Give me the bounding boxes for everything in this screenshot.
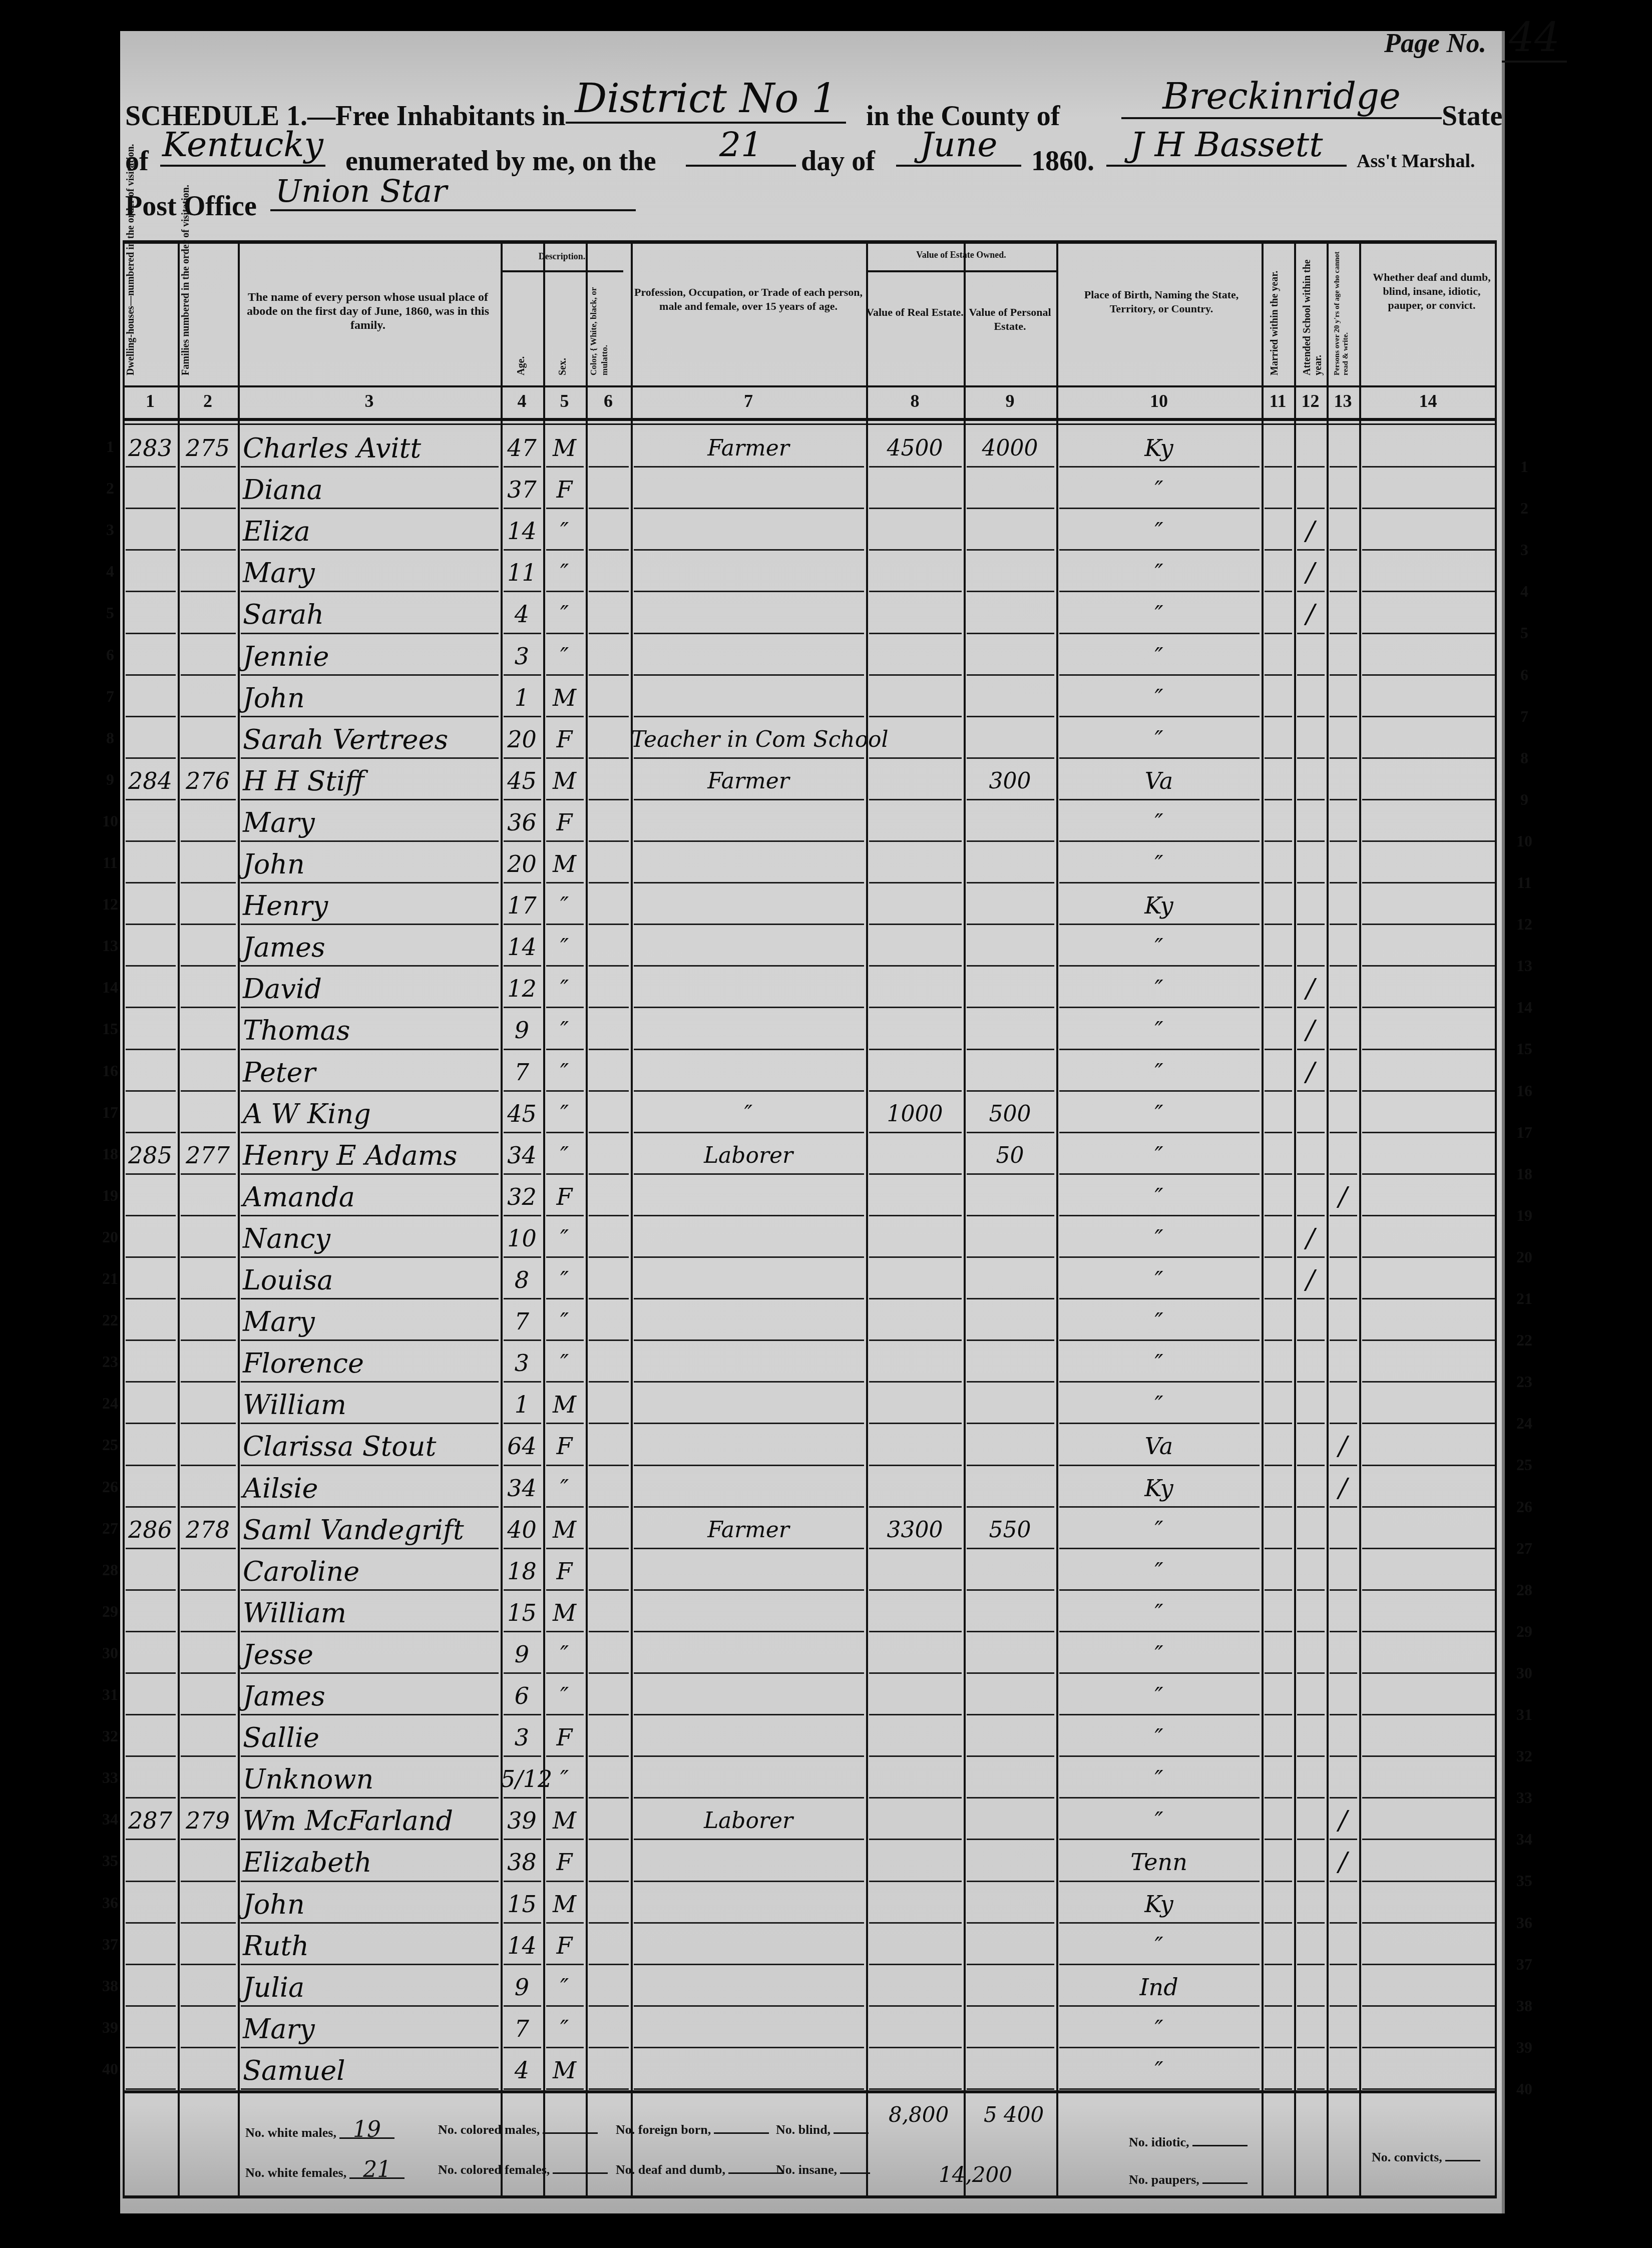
right-margin-number: 14 bbox=[1509, 998, 1539, 1017]
row-rule bbox=[126, 1797, 176, 1799]
right-margin-number: 18 bbox=[1509, 1165, 1539, 1183]
row-rule bbox=[967, 1755, 1054, 1757]
age: 10 bbox=[501, 1221, 543, 1256]
row-rule bbox=[1297, 840, 1325, 842]
column-number-rule-2 bbox=[123, 423, 1497, 425]
row-rule bbox=[181, 924, 236, 925]
age: 5/12 bbox=[501, 1761, 543, 1797]
attended-school-mark: / bbox=[1294, 514, 1327, 549]
birthplace: ″ bbox=[1056, 555, 1262, 591]
row-rule bbox=[589, 799, 629, 800]
right-margin-number: 5 bbox=[1509, 624, 1539, 642]
person-name: Mary bbox=[243, 805, 503, 840]
row-rule bbox=[504, 508, 541, 509]
row-rule bbox=[126, 1256, 176, 1258]
right-margin-number: 1 bbox=[1509, 458, 1539, 476]
row-rule bbox=[1265, 1215, 1292, 1216]
row-rule bbox=[504, 1672, 541, 1674]
sex: ″ bbox=[543, 1970, 586, 2005]
age: 20 bbox=[501, 722, 543, 757]
row-rule bbox=[967, 1298, 1054, 1299]
age: 12 bbox=[501, 971, 543, 1007]
row-rule bbox=[241, 633, 499, 634]
row-rule bbox=[1362, 1465, 1495, 1466]
row-rule bbox=[241, 716, 499, 717]
age: 7 bbox=[501, 2011, 543, 2047]
row-rule bbox=[1059, 924, 1260, 925]
row-rule bbox=[181, 1881, 236, 1882]
right-margin-number: 15 bbox=[1509, 1040, 1539, 1058]
row-rule bbox=[181, 1423, 236, 1424]
row-rule bbox=[126, 1672, 176, 1674]
row-rule bbox=[1059, 1173, 1260, 1175]
row-rule bbox=[869, 1007, 962, 1008]
row-rule bbox=[241, 1631, 499, 1632]
row-rule bbox=[1297, 924, 1325, 925]
row-rule bbox=[241, 924, 499, 925]
row-rule bbox=[1330, 1423, 1357, 1424]
row-rule bbox=[967, 2047, 1054, 2048]
row-rule bbox=[126, 1506, 176, 1508]
row-rule bbox=[1362, 2047, 1495, 2048]
row-rule bbox=[1330, 965, 1357, 967]
col-num-14: 14 bbox=[1359, 390, 1497, 411]
person-name: A W King bbox=[243, 1096, 503, 1132]
row-rule bbox=[1265, 1173, 1292, 1175]
row-rule bbox=[634, 1007, 864, 1008]
sex: F bbox=[543, 1928, 586, 1964]
row-rule bbox=[1330, 1007, 1357, 1008]
right-margin-number: 33 bbox=[1509, 1788, 1539, 1807]
row-rule bbox=[1362, 799, 1495, 800]
row-rule bbox=[1330, 508, 1357, 509]
row-rule bbox=[869, 757, 962, 759]
row-rule bbox=[967, 466, 1054, 468]
right-margin-number: 16 bbox=[1509, 1082, 1539, 1100]
row-rule bbox=[634, 924, 864, 925]
marshal-signature: J H Bassett bbox=[1106, 125, 1347, 167]
row-rule bbox=[504, 549, 541, 551]
birthplace: ″ bbox=[1056, 514, 1262, 549]
cannot-read-write-mark: / bbox=[1327, 1803, 1359, 1839]
dwelling-number: 287 bbox=[123, 1803, 178, 1839]
column-divider bbox=[501, 240, 503, 2197]
row-rule bbox=[589, 466, 629, 468]
age: 3 bbox=[501, 1345, 543, 1381]
row-rule bbox=[869, 591, 962, 592]
row-rule bbox=[634, 757, 864, 759]
row-rule bbox=[126, 1007, 176, 1008]
row-rule bbox=[1362, 1922, 1495, 1924]
row-rule bbox=[546, 508, 584, 509]
row-rule bbox=[589, 1964, 629, 1965]
row-rule bbox=[589, 1797, 629, 1799]
row-rule bbox=[634, 1215, 864, 1216]
right-margin-number: 4 bbox=[1509, 582, 1539, 601]
row-rule bbox=[546, 965, 584, 967]
person-name: Mary bbox=[243, 555, 503, 591]
row-rule bbox=[241, 840, 499, 842]
row-rule bbox=[241, 2047, 499, 2048]
age: 15 bbox=[501, 1887, 543, 1922]
row-rule bbox=[1059, 1672, 1260, 1674]
column-divider bbox=[543, 240, 545, 2197]
row-rule bbox=[967, 1631, 1054, 1632]
row-rule bbox=[967, 549, 1054, 551]
person-name: Ruth bbox=[243, 1928, 503, 1964]
row-rule bbox=[546, 591, 584, 592]
column-divider bbox=[964, 240, 966, 2197]
row-rule bbox=[869, 466, 962, 468]
row-rule bbox=[589, 1506, 629, 1508]
row-rule bbox=[967, 1839, 1054, 1840]
row-rule bbox=[1297, 1964, 1325, 1965]
table-bottom-rule bbox=[123, 2195, 1497, 2198]
row-rule bbox=[546, 1506, 584, 1508]
row-rule bbox=[1059, 2005, 1260, 2007]
row-rule bbox=[1297, 1465, 1325, 1466]
person-name: Saml Vandegrift bbox=[243, 1512, 503, 1548]
line-number: 17 bbox=[95, 1103, 125, 1122]
state-field: Kentucky bbox=[160, 125, 325, 167]
right-margin-number: 25 bbox=[1509, 1456, 1539, 1474]
row-rule bbox=[546, 1797, 584, 1799]
row-rule bbox=[589, 1423, 629, 1424]
row-rule bbox=[634, 1173, 864, 1175]
row-rule bbox=[1330, 591, 1357, 592]
row-rule bbox=[967, 924, 1054, 925]
row-rule bbox=[1362, 1007, 1495, 1008]
row-rule bbox=[504, 2047, 541, 2048]
row-rule bbox=[546, 1173, 584, 1175]
state-label: State bbox=[1442, 100, 1502, 132]
sex: ″ bbox=[543, 1138, 586, 1173]
row-rule bbox=[1330, 716, 1357, 717]
person-name: Sallie bbox=[243, 1720, 503, 1755]
row-rule bbox=[504, 1381, 541, 1383]
line-number: 20 bbox=[95, 1228, 125, 1246]
line-number: 32 bbox=[95, 1727, 125, 1745]
age: 64 bbox=[501, 1429, 543, 1464]
row-rule bbox=[504, 1256, 541, 1258]
line-number: 9 bbox=[95, 770, 125, 789]
line-number: 34 bbox=[95, 1810, 125, 1829]
row-rule bbox=[241, 1839, 499, 1840]
row-rule bbox=[181, 1506, 236, 1508]
dwelling-number: 286 bbox=[123, 1512, 178, 1548]
row-rule bbox=[1362, 466, 1495, 468]
row-rule bbox=[1297, 1049, 1325, 1050]
row-rule bbox=[546, 1256, 584, 1258]
row-rule bbox=[241, 1881, 499, 1882]
age: 32 bbox=[501, 1179, 543, 1215]
row-rule bbox=[634, 674, 864, 676]
row-rule bbox=[1265, 633, 1292, 634]
row-rule bbox=[504, 591, 541, 592]
row-rule bbox=[1362, 1755, 1495, 1757]
footer-colored-males: No. colored males, bbox=[438, 2122, 598, 2137]
marshal-label: Ass't Marshal. bbox=[1357, 150, 1475, 172]
row-rule bbox=[1059, 1090, 1260, 1092]
row-rule bbox=[1059, 1506, 1260, 1508]
column-divider bbox=[1495, 240, 1497, 2197]
row-rule bbox=[589, 924, 629, 925]
age: 15 bbox=[501, 1595, 543, 1631]
line-number: 33 bbox=[95, 1768, 125, 1787]
person-name: Samuel bbox=[243, 2053, 503, 2088]
row-rule bbox=[1297, 591, 1325, 592]
row-rule bbox=[181, 2047, 236, 2048]
row-rule bbox=[1265, 882, 1292, 883]
row-rule bbox=[1265, 1256, 1292, 1258]
row-rule bbox=[1297, 1173, 1325, 1175]
row-rule bbox=[589, 1132, 629, 1133]
row-rule bbox=[1362, 965, 1495, 967]
footer-estate-grand-total: 14,200 bbox=[939, 2162, 1012, 2187]
person-name: Florence bbox=[243, 1345, 503, 1381]
row-rule bbox=[589, 1755, 629, 1757]
row-rule bbox=[1330, 882, 1357, 883]
row-rule bbox=[126, 1714, 176, 1715]
column-divider bbox=[866, 240, 868, 2197]
row-rule bbox=[181, 1256, 236, 1258]
row-rule bbox=[504, 1964, 541, 1965]
row-rule bbox=[589, 1548, 629, 1549]
row-rule bbox=[634, 549, 864, 551]
line-number: 37 bbox=[95, 1935, 125, 1954]
birthplace: ″ bbox=[1056, 1138, 1262, 1173]
age: 9 bbox=[501, 1637, 543, 1672]
row-rule bbox=[1297, 1755, 1325, 1757]
row-rule bbox=[546, 674, 584, 676]
row-rule bbox=[546, 1007, 584, 1008]
row-rule bbox=[1297, 716, 1325, 717]
row-rule bbox=[1059, 1381, 1260, 1383]
row-rule bbox=[181, 1672, 236, 1674]
personal-estate-value: 50 bbox=[964, 1138, 1056, 1173]
age: 4 bbox=[501, 597, 543, 632]
row-rule bbox=[1265, 716, 1292, 717]
birthplace: ″ bbox=[1056, 1803, 1262, 1839]
row-rule bbox=[181, 1465, 236, 1466]
row-rule bbox=[634, 716, 864, 717]
row-rule bbox=[546, 799, 584, 800]
row-rule bbox=[967, 799, 1054, 800]
row-rule bbox=[546, 1631, 584, 1632]
right-margin-number: 40 bbox=[1509, 2080, 1539, 2098]
row-rule bbox=[869, 716, 962, 717]
person-name: Sarah Vertrees bbox=[243, 722, 503, 757]
row-rule bbox=[869, 1548, 962, 1549]
sex: ″ bbox=[543, 1096, 586, 1132]
row-rule bbox=[504, 2005, 541, 2007]
table-body-bottom-rule bbox=[123, 2090, 1497, 2093]
row-rule bbox=[1265, 1007, 1292, 1008]
line-number: 6 bbox=[95, 646, 125, 664]
sex: ″ bbox=[543, 597, 586, 632]
row-rule bbox=[504, 882, 541, 883]
right-margin-number: 39 bbox=[1509, 2038, 1539, 2057]
column-divider bbox=[586, 240, 588, 2197]
right-margin-number: 36 bbox=[1509, 1914, 1539, 1932]
row-rule bbox=[546, 757, 584, 759]
birthplace: ″ bbox=[1056, 1637, 1262, 1672]
row-rule bbox=[126, 633, 176, 634]
row-rule bbox=[126, 1589, 176, 1591]
row-rule bbox=[634, 1339, 864, 1341]
row-rule bbox=[241, 1506, 499, 1508]
age: 39 bbox=[501, 1803, 543, 1839]
row-rule bbox=[546, 633, 584, 634]
row-rule bbox=[181, 799, 236, 800]
row-rule bbox=[241, 1589, 499, 1591]
row-rule bbox=[546, 1548, 584, 1549]
row-rule bbox=[126, 1922, 176, 1924]
line-number: 13 bbox=[95, 937, 125, 955]
row-rule bbox=[634, 965, 864, 967]
footer-insane: No. insane, bbox=[776, 2162, 870, 2177]
row-rule bbox=[1362, 1339, 1495, 1341]
row-rule bbox=[546, 1381, 584, 1383]
row-rule bbox=[634, 633, 864, 634]
row-rule bbox=[1330, 2088, 1357, 2090]
row-rule bbox=[181, 1922, 236, 1924]
row-rule bbox=[1297, 1881, 1325, 1882]
row-rule bbox=[241, 508, 499, 509]
row-rule bbox=[1330, 1465, 1357, 1466]
right-margin-number: 34 bbox=[1509, 1830, 1539, 1849]
row-rule bbox=[589, 1090, 629, 1092]
sex: ″ bbox=[543, 930, 586, 965]
estate-group-rule bbox=[866, 270, 1056, 272]
footer-foreign-born: No. foreign born, bbox=[616, 2122, 769, 2137]
row-rule bbox=[869, 1672, 962, 1674]
person-name: James bbox=[243, 930, 503, 965]
row-rule bbox=[967, 716, 1054, 717]
right-margin-number: 37 bbox=[1509, 1955, 1539, 1974]
row-rule bbox=[1297, 757, 1325, 759]
row-rule bbox=[589, 1631, 629, 1632]
row-rule bbox=[589, 674, 629, 676]
attended-school-mark: / bbox=[1294, 555, 1327, 591]
age: 40 bbox=[501, 1512, 543, 1548]
sex: ″ bbox=[543, 1221, 586, 1256]
column-divider bbox=[238, 240, 240, 2197]
col-num-12: 12 bbox=[1294, 390, 1327, 411]
row-rule bbox=[1362, 1423, 1495, 1424]
row-rule bbox=[181, 1132, 236, 1133]
col14-header: Whether deaf and dumb, blind, insane, id… bbox=[1369, 270, 1494, 312]
row-rule bbox=[1330, 1256, 1357, 1258]
row-rule bbox=[504, 1922, 541, 1924]
sex: ″ bbox=[543, 1637, 586, 1672]
row-rule bbox=[634, 1423, 864, 1424]
row-rule bbox=[1330, 1339, 1357, 1341]
row-rule bbox=[1059, 1256, 1260, 1258]
attended-school-mark: / bbox=[1294, 1013, 1327, 1048]
row-rule bbox=[1297, 1548, 1325, 1549]
row-rule bbox=[241, 1298, 499, 1299]
row-rule bbox=[1297, 1672, 1325, 1674]
row-rule bbox=[1265, 1049, 1292, 1050]
row-rule bbox=[1297, 1298, 1325, 1299]
row-rule bbox=[1265, 1132, 1292, 1133]
row-rule bbox=[634, 1090, 864, 1092]
sex: F bbox=[543, 472, 586, 508]
row-rule bbox=[1362, 633, 1495, 634]
row-rule bbox=[1265, 840, 1292, 842]
row-rule bbox=[241, 1007, 499, 1008]
row-rule bbox=[1330, 674, 1357, 676]
real-estate-value: 3300 bbox=[866, 1512, 964, 1548]
person-name: Henry E Adams bbox=[243, 1138, 503, 1173]
row-rule bbox=[1330, 1631, 1357, 1632]
row-rule bbox=[1362, 1506, 1495, 1508]
row-rule bbox=[967, 1256, 1054, 1258]
row-rule bbox=[1362, 1298, 1495, 1299]
row-rule bbox=[869, 1339, 962, 1341]
person-name: Caroline bbox=[243, 1554, 503, 1589]
row-rule bbox=[1297, 674, 1325, 676]
row-rule bbox=[967, 1007, 1054, 1008]
col9-header: Value of Personal Estate. bbox=[964, 305, 1056, 333]
row-rule bbox=[1265, 1631, 1292, 1632]
row-rule bbox=[1330, 1672, 1357, 1674]
row-rule bbox=[869, 965, 962, 967]
row-rule bbox=[634, 1298, 864, 1299]
line-number: 25 bbox=[95, 1436, 125, 1454]
row-rule bbox=[1059, 549, 1260, 551]
row-rule bbox=[241, 1173, 499, 1175]
row-rule bbox=[126, 1423, 176, 1424]
row-rule bbox=[869, 1298, 962, 1299]
row-rule bbox=[546, 1589, 584, 1591]
row-rule bbox=[1297, 508, 1325, 509]
row-rule bbox=[181, 1298, 236, 1299]
row-rule bbox=[634, 1714, 864, 1715]
row-rule bbox=[1059, 1964, 1260, 1965]
age: 14 bbox=[501, 514, 543, 549]
row-rule bbox=[1059, 716, 1260, 717]
age: 14 bbox=[501, 930, 543, 965]
row-rule bbox=[1297, 1839, 1325, 1840]
row-rule bbox=[1330, 799, 1357, 800]
row-rule bbox=[634, 1964, 864, 1965]
footer-colored-females: No. colored females, bbox=[438, 2162, 608, 2177]
row-rule bbox=[967, 1881, 1054, 1882]
right-margin-number: 3 bbox=[1509, 541, 1539, 559]
birthplace: ″ bbox=[1056, 1512, 1262, 1548]
row-rule bbox=[1362, 1132, 1495, 1133]
sex: M bbox=[543, 1387, 586, 1423]
row-rule bbox=[504, 2088, 541, 2090]
right-margin-number: 26 bbox=[1509, 1498, 1539, 1516]
sex: ″ bbox=[543, 1304, 586, 1339]
row-rule bbox=[1330, 1381, 1357, 1383]
sex: F bbox=[543, 1845, 586, 1880]
person-name: Sarah bbox=[243, 597, 503, 632]
row-rule bbox=[1059, 2088, 1260, 2090]
row-rule bbox=[967, 1215, 1054, 1216]
row-rule bbox=[869, 1755, 962, 1757]
row-rule bbox=[126, 466, 176, 468]
row-rule bbox=[634, 1049, 864, 1050]
row-rule bbox=[1059, 591, 1260, 592]
row-rule bbox=[126, 1049, 176, 1050]
row-rule bbox=[1265, 466, 1292, 468]
line-number: 4 bbox=[95, 562, 125, 581]
sex: M bbox=[543, 846, 586, 882]
